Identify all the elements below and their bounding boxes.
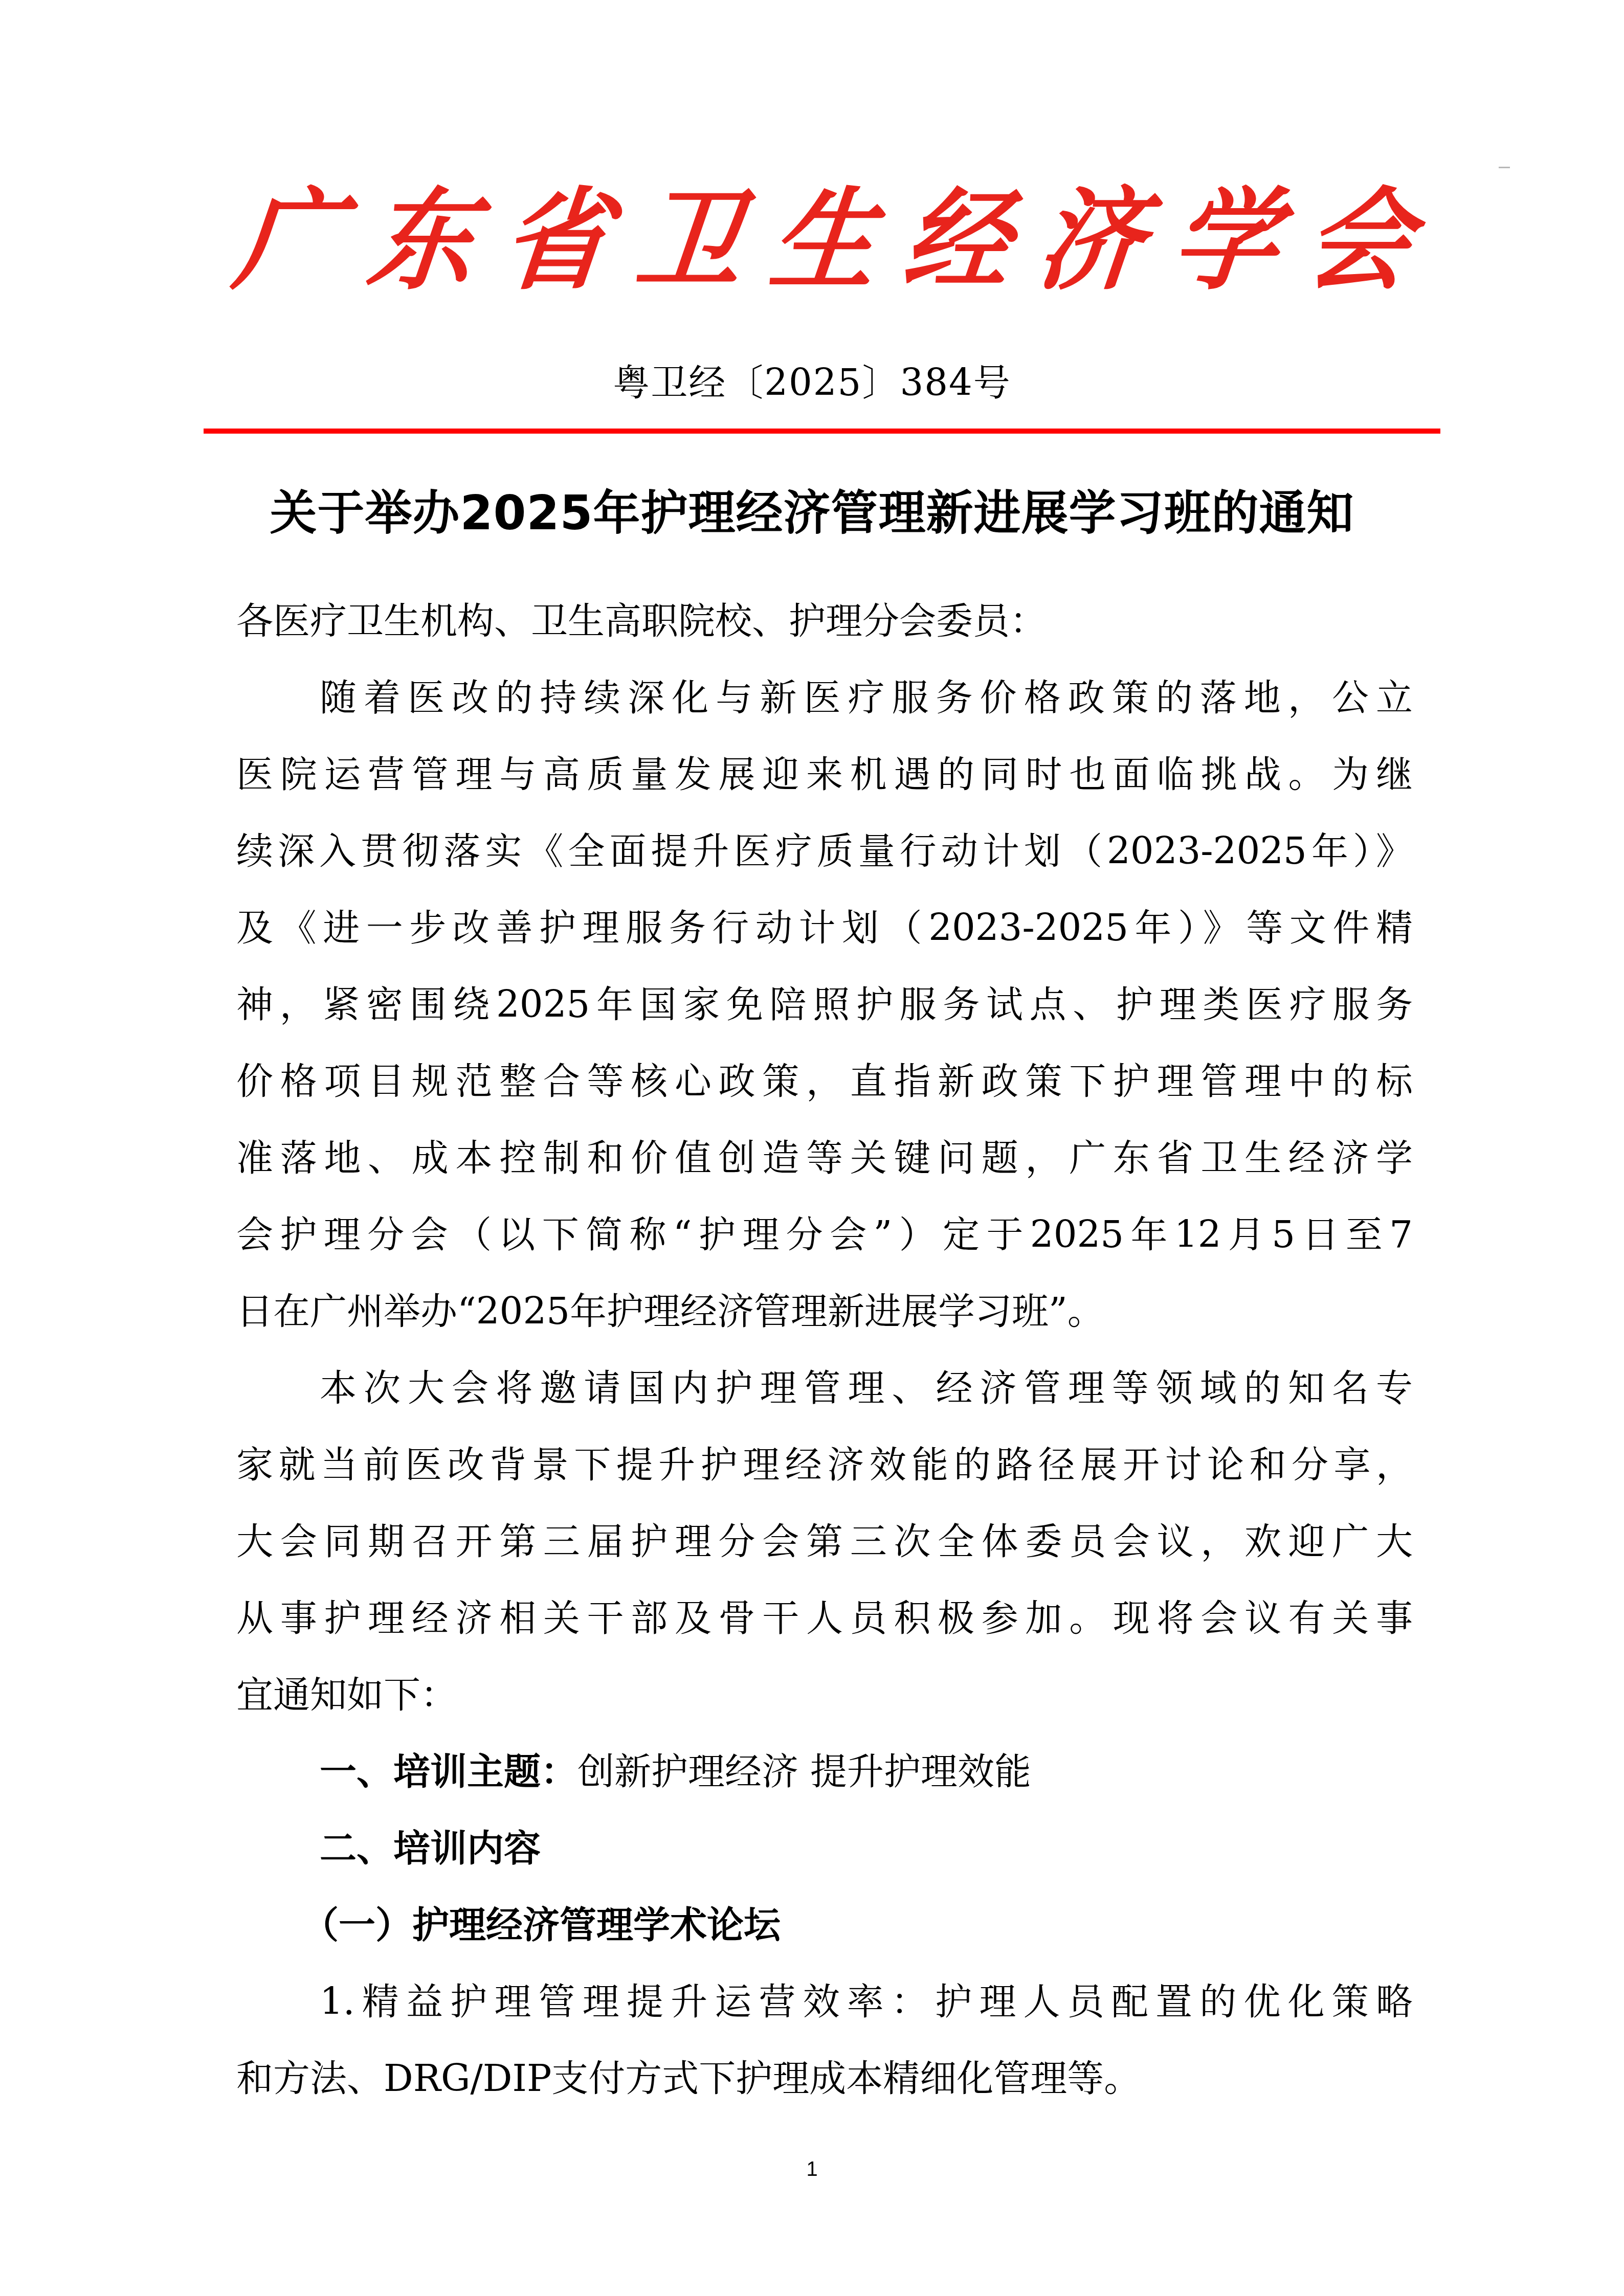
paragraph-line: 续深入贯彻落实《全面提升医疗质量行动计划（2023-2025年）》	[236, 832, 1413, 869]
paragraph-line: 神，紧密围绕2025年国家免陪照护服务试点、护理类医疗服务	[236, 986, 1413, 1023]
paragraph-line: 从事护理经济相关干部及骨干人员积极参加。现将会议有关事	[236, 1600, 1413, 1636]
document-page: 广 东 省 卫 生 经 济 学 会 粤卫经〔2025〕384号 关于举办2025…	[0, 0, 1624, 2296]
list-item-line: 1.精益护理管理提升运营效率：护理人员配置的优化策略	[320, 1983, 1413, 2020]
list-item-line: 和方法、DRG/DIP支付方式下护理成本精细化管理等。	[236, 2060, 1413, 2097]
salutation: 各医疗卫生机构、卫生高职院校、护理分会委员：	[236, 602, 1413, 639]
paragraph-line: 准落地、成本控制和价值创造等关键问题，广东省卫生经济学	[236, 1139, 1413, 1176]
subsection-academic-forum: （一）护理经济管理学术论坛	[302, 1906, 1478, 1943]
section-value: 创新护理经济 提升护理效能	[577, 1750, 1031, 1793]
masthead-char: 学	[1167, 185, 1284, 295]
masthead-char: 省	[497, 185, 614, 295]
masthead-char: 东	[364, 185, 480, 295]
paragraph-line: 及《进一步改善护理服务行动计划（2023-2025年）》等文件精	[236, 909, 1413, 946]
section-training-theme: 一、培训主题：创新护理经济 提升护理效能	[320, 1753, 1413, 1790]
masthead-char: 卫	[631, 185, 748, 295]
paragraph-line: 随着医改的持续深化与新医疗服务价格政策的落地，公立	[320, 679, 1413, 716]
scan-mark	[1499, 167, 1510, 168]
paragraph-line: 大会同期召开第三届护理分会第三次全体委员会议，欢迎广大	[236, 1523, 1413, 1560]
red-divider-rule	[204, 429, 1440, 434]
paragraph-line: 家就当前医改背景下提升护理经济效能的路径展开讨论和分享，	[236, 1446, 1413, 1483]
paragraph-line: 日在广州举办“2025年护理经济管理新进展学习班”。	[236, 1293, 1413, 1330]
paragraph-line: 医院运营管理与高质量发展迎来机遇的同时也面临挑战。为继	[236, 756, 1413, 793]
masthead-char: 广	[230, 185, 346, 295]
section-training-content: 二、培训内容	[320, 1830, 1413, 1866]
masthead-char: 会	[1301, 185, 1418, 295]
masthead-organization-name: 广 东 省 卫 生 经 济 学 会	[235, 174, 1412, 307]
document-number: 粤卫经〔2025〕384号	[0, 353, 1624, 406]
page-number: 1	[0, 2158, 1624, 2181]
paragraph-line: 会护理分会（以下简称“护理分会”）定于2025年12月5日至7	[236, 1216, 1413, 1253]
masthead-char: 生	[765, 185, 882, 295]
section-label: 一、培训主题：	[320, 1750, 577, 1793]
paragraph-line: 宜通知如下：	[236, 1676, 1413, 1713]
paragraph-line: 本次大会将邀请国内护理管理、经济管理等领域的知名专	[320, 1369, 1413, 1406]
masthead-char: 济	[1033, 185, 1150, 295]
document-title: 关于举办2025年护理经济管理新进展学习班的通知	[0, 476, 1624, 543]
paragraph-line: 价格项目规范整合等核心政策，直指新政策下护理管理中的标	[236, 1063, 1413, 1099]
masthead-char: 经	[899, 185, 1016, 295]
